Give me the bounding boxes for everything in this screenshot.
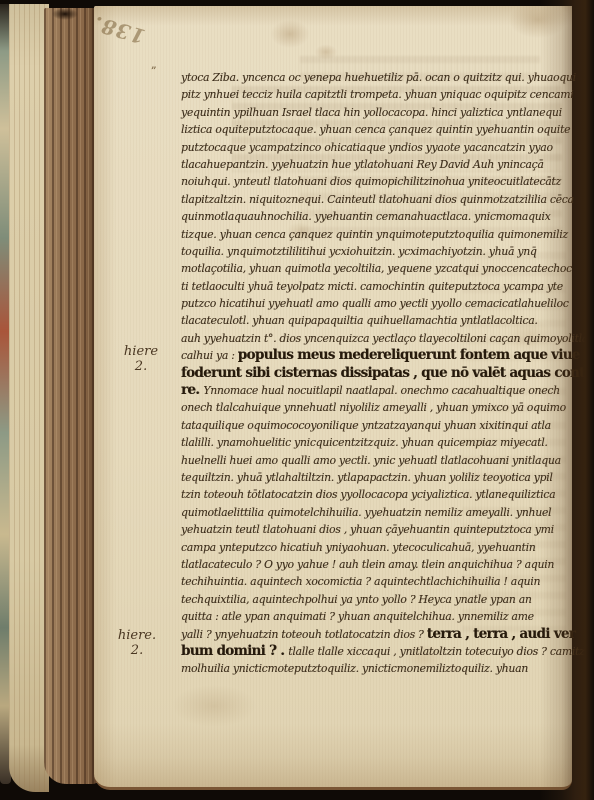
text-line: campa ynteputzco hicatiuh yniyaohuan. yt… (181, 537, 573, 554)
nahuatl-text-segment: techihuintia. aquintech xocomictia ? aqu… (181, 575, 540, 588)
text-line: foderunt sibi cisternas dissipatas , que… (181, 363, 573, 380)
nahuatl-text-segment: liztica oquiteputztocaque. yhuan cenca ç… (181, 123, 570, 136)
latin-quote-segment: populus meus medereliquerunt fontem aque… (238, 347, 590, 363)
text-line: huelnelli huei amo qualli amo yectli. yn… (181, 450, 573, 467)
manuscript-photo: 138. „ hiere 2. hiere. 2. ytoca Ziba. yn… (0, 0, 594, 800)
nahuatl-text-segment: pitz ynhuei tecciz huila capitztli tromp… (181, 88, 573, 101)
nahuatl-text-segment: techquixtilia, aquintechpolhui ya ynto y… (181, 593, 532, 606)
text-line: quitta : atle ypan anquimati ? yhuan anq… (181, 606, 573, 623)
nahuatl-text-segment: yehuatzin teutl tlatohuani dios , yhuan … (181, 523, 554, 536)
latin-quote-segment: bum domini ? . (181, 643, 288, 659)
nahuatl-text-segment: quimotlaelittilia quimotelchihuilia. yye… (181, 506, 551, 519)
nahuatl-text-segment: calhui ya : (181, 349, 238, 362)
text-line: molhuilia ynicticmoteputztoquiliz. ynict… (181, 658, 573, 675)
nahuatl-text-segment: quinmotlaquauhnochilia. yyehuantin ceman… (181, 210, 550, 223)
text-line: bum domini ? . tlalle tlalle xiccaqui , … (181, 641, 573, 658)
text-line: tlalilli. ynamohuelitic ynicquicentzitzq… (181, 432, 573, 449)
nahuatl-text-segment: tequiltzin. yhuā ytlahaltiltzin. ytlapap… (181, 471, 553, 484)
nahuatl-text-segment: toquilia. ynquimotztililitihui ycxiohuit… (181, 245, 537, 258)
nahuatl-text-segment: tlacahuepantzin. yyehuatzin hue ytlatohu… (181, 158, 544, 171)
text-line: noiuhqui. ynteutl tlatohuani dios quimop… (181, 171, 573, 188)
text-line: tizque. yhuan cenca çanquez quintin ynqu… (181, 224, 573, 241)
text-line: tlatlacateculo ? O yyo yahue ! auh tlein… (181, 554, 573, 571)
nahuatl-text-segment: tlatlacateculo ? O yyo yahue ! auh tlein… (181, 558, 554, 571)
text-line: calhui ya : populus meus medereliquerunt… (181, 345, 573, 362)
latin-quote-segment: foderunt sibi cisternas dissipatas , que… (181, 365, 594, 381)
stacked-page-edges (9, 4, 49, 792)
text-line: tequiltzin. yhuā ytlahaltiltzin. ytlapap… (181, 467, 573, 484)
fore-edge-dark-knot (52, 8, 78, 20)
margin-note-chapter: 2. (114, 643, 160, 658)
margin-mark: „ (151, 58, 157, 71)
nahuatl-text-segment: tizque. yhuan cenca çanquez quintin ynqu… (181, 228, 568, 241)
nahuatl-text-segment: onech tlalcahuique ynnehuatl niyoliliz a… (181, 401, 566, 414)
nahuatl-text-segment: noiuhqui. ynteutl tlatohuani dios quimop… (181, 175, 561, 188)
text-line: toquilia. ynquimotztililitihui ycxiohuit… (181, 241, 573, 258)
nahuatl-text-segment: campa ynteputzco hicatiuh yniyaohuan. yt… (181, 541, 536, 554)
text-line: tataquilique oquimococoyonilique yntzatz… (181, 415, 573, 432)
text-line: techquixtilia, aquintechpolhui ya ynto y… (181, 589, 573, 606)
text-line: onech tlalcahuique ynnehuatl niyoliliz a… (181, 397, 573, 414)
nahuatl-text-segment: yalli ? ynyehuatzin toteouh totlatocatzi… (181, 628, 427, 641)
nahuatl-text-segment: putztocaque ycampatzinco ohicatiaque ynd… (181, 141, 553, 154)
manuscript-text: ytoca Ziba. yncenca oc yenepa huehuetili… (181, 67, 573, 676)
binding-gutter-shadow (540, 0, 594, 800)
text-line: auh yyehuatzin t°. dios yncenquizca yect… (181, 328, 573, 345)
text-line: motlaçotilia, yhuan quimotla yecoltilia,… (181, 258, 573, 275)
text-line: tlacahuepantzin. yyehuatzin hue ytlatohu… (181, 154, 573, 171)
text-line: tlapitzaltzin. niquitoznequi. Cainteutl … (181, 189, 573, 206)
nahuatl-text-segment: ytoca Ziba. yncenca oc yenepa huehuetili… (181, 71, 576, 84)
nahuatl-text-segment: tzin toteouh tōtlatocatzin dios yyolloca… (181, 488, 555, 501)
text-line: ti tetlaoculti yhuā teyolpatz micti. cam… (181, 276, 573, 293)
margin-note-chapter: 2. (118, 359, 164, 374)
text-line: tlacateculotl. yhuan quipapaquiltia quih… (181, 310, 573, 327)
text-line: ytoca Ziba. yncenca oc yenepa huehuetili… (181, 67, 573, 84)
text-line: quimotlaelittilia quimotelchihuilia. yye… (181, 502, 573, 519)
text-line: liztica oquiteputztocaque. yhuan cenca ç… (181, 119, 573, 136)
text-line: yequintin ypilhuan Israel tlaca hin yoll… (181, 102, 573, 119)
text-line: re. Ynnomace hual nocuitlapil naatlapal.… (181, 380, 573, 397)
nahuatl-text-segment: huelnelli huei amo qualli amo yectli. yn… (181, 454, 561, 467)
nahuatl-text-segment: tlacateculotl. yhuan quipapaquiltia quih… (181, 314, 538, 327)
nahuatl-text-segment: molhuilia ynicticmoteputztoquiliz. ynict… (181, 662, 528, 675)
text-line: techihuintia. aquintech xocomictia ? aqu… (181, 571, 573, 588)
text-line: yehuatzin teutl tlatohuani dios , yhuan … (181, 519, 573, 536)
nahuatl-text-segment: tlalilli. ynamohuelitic ynicquicentzitzq… (181, 436, 548, 449)
nahuatl-text-segment: putzco hicatihui yyehuatl amo qualli amo… (181, 297, 569, 310)
nahuatl-text-segment: auh yyehuatzin t°. dios yncenquizca yect… (181, 332, 588, 345)
nahuatl-text-segment: tlapitzaltzin. niquitoznequi. Cainteutl … (181, 193, 574, 206)
text-line: pitz ynhuei tecciz huila capitztli tromp… (181, 84, 573, 101)
nahuatl-text-segment: Ynnomace hual nocuitlapil naatlapal. one… (203, 384, 560, 397)
nahuatl-text-segment: motlaçotilia, yhuan quimotla yecoltilia,… (181, 262, 572, 275)
latin-quote-segment: re. (181, 382, 203, 398)
text-line: tzin toteouh tōtlatocatzin dios yyolloca… (181, 484, 573, 501)
margin-note-jeremiah: hiere 2. (118, 344, 164, 374)
margin-note-book: hiere (118, 344, 164, 359)
margin-note-book: hiere. (114, 628, 160, 643)
nahuatl-text-segment: ti tetlaoculti yhuā teyolpatz micti. cam… (181, 280, 563, 293)
margin-note-jeremiah: hiere. 2. (114, 628, 160, 658)
text-line: quinmotlaquauhnochilia. yyehuantin ceman… (181, 206, 573, 223)
nahuatl-text-segment: tataquilique oquimococoyonilique yntzatz… (181, 419, 551, 432)
nahuatl-text-segment: yequintin ypilhuan Israel tlaca hin yoll… (181, 106, 562, 119)
text-line: yalli ? ynyehuatzin toteouh totlatocatzi… (181, 624, 573, 641)
nahuatl-text-segment: quitta : atle ypan anquimati ? yhuan anq… (181, 610, 534, 623)
text-line: putzco hicatihui yyehuatl amo qualli amo… (181, 293, 573, 310)
text-line: putztocaque ycampatzinco ohicatiaque ynd… (181, 137, 573, 154)
